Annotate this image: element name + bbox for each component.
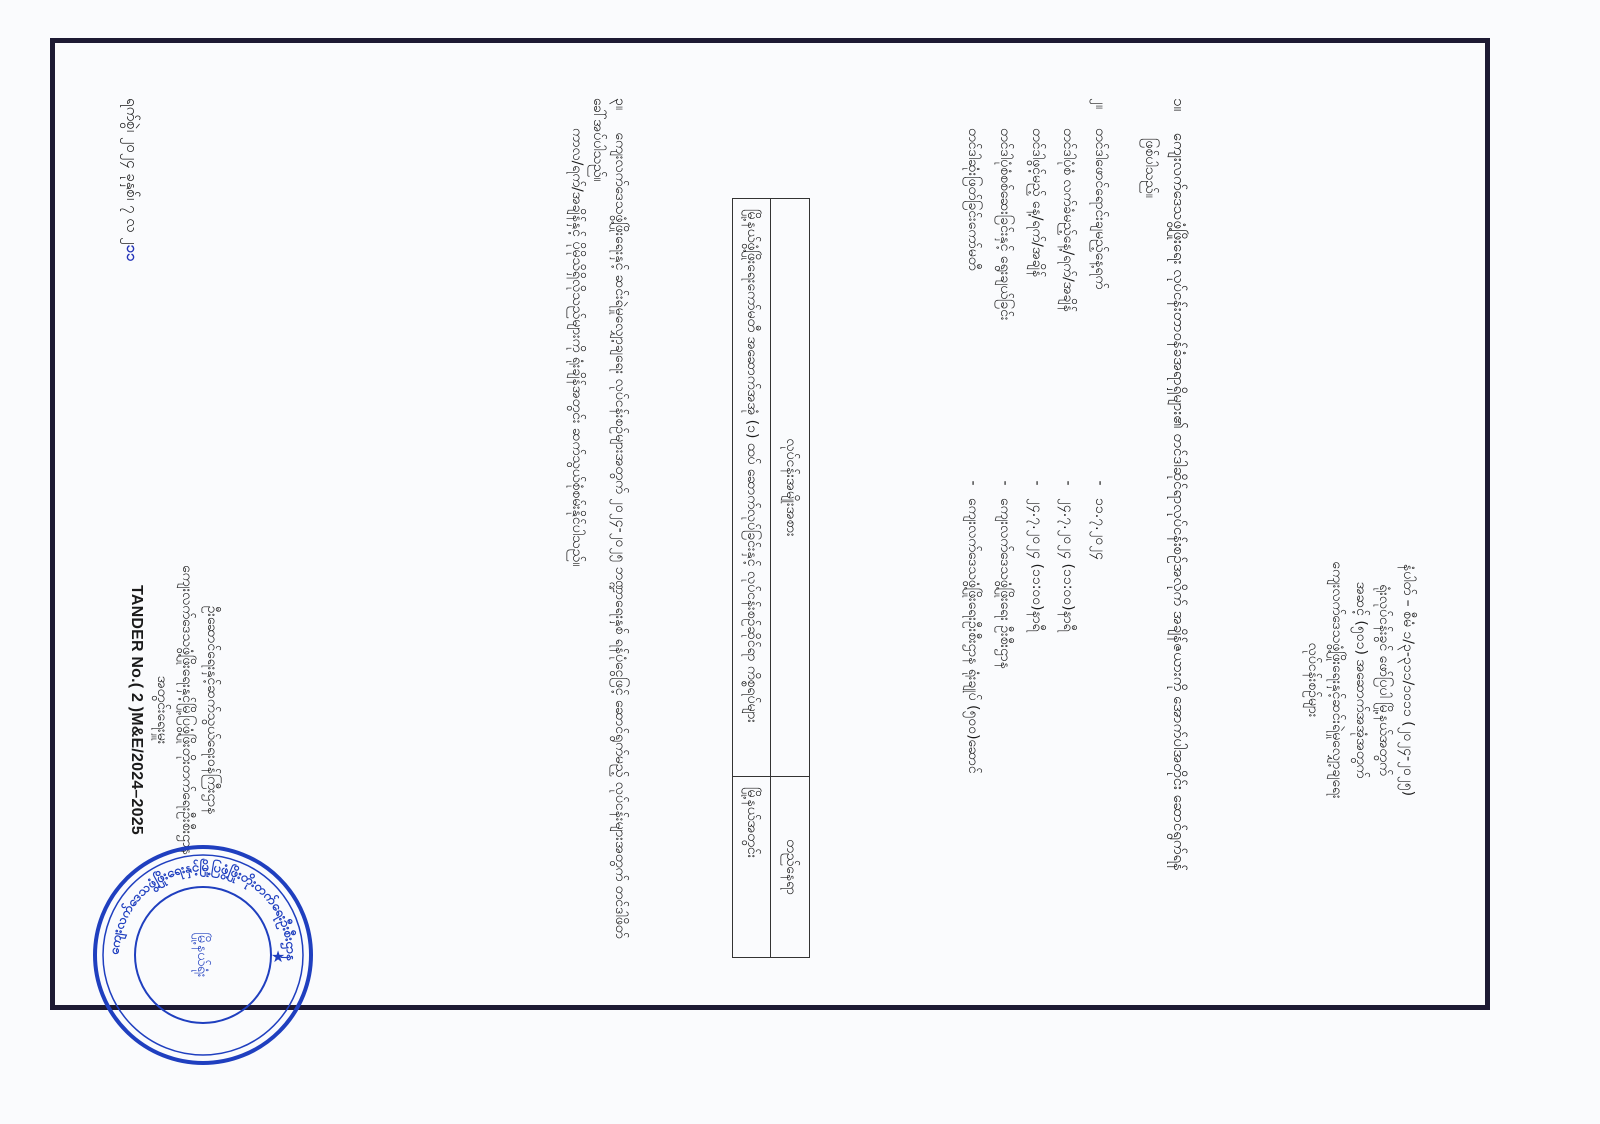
section-1: ၁။ ကျေးလက်ဒေသဖွံ့ဖြိုးရေး လုပ်ငန်းတာဝန်ခ…	[1167, 98, 1190, 950]
reference-line-3: အဆင့် (၅၀၁) အဆောက်အအုံအတွက်	[1349, 420, 1371, 940]
schedule-dash: -	[1088, 468, 1110, 498]
schedule-dash: -	[962, 468, 984, 498]
schedule-dash: -	[1057, 468, 1079, 498]
schedule-value: ၂၄.၇.၂၀၂၄ (၁၁:၀၀)နာရီ	[1025, 498, 1047, 948]
schedule-label: တင်ဒါဖောင်ရောင်းချမည့်နေ့ရက်	[1088, 128, 1110, 468]
date-value: ၂၀၂၄ ခုနှစ်၊ ၇ လ ၂	[123, 137, 141, 245]
schedule-value: ၁၁.၇.၂၀၂၄	[1088, 498, 1110, 948]
section-1-text: ကျေးလက်ဒေသဖွံ့ဖြိုးရေး လုပ်ငန်းတာဝန်ခံအရ…	[1170, 133, 1188, 871]
table-cell-work-type: မြို့နယ်ဖွံ့ဖြိုးရေးကော်မတီ အဆောက်အအုံ (…	[732, 199, 771, 777]
schedule-dash: -	[993, 468, 1015, 498]
schedule-label: တင်ဒါပုံစံ လက်ခံမည့်နေ့/ရက်/အချိန်	[1057, 128, 1079, 468]
schedule-row: တင်ဒါပုံစံစစ်ဆေးခြင်းနှင့် ရွေးချယ်ခြင်း…	[993, 128, 1015, 948]
schedule-label: တင်ဒါဖွင့်မည့် နေ့/ရက်/အချိန်	[1025, 128, 1047, 468]
reference-line-4: ကျေးလက်ဒေသဖွံ့ဖြိုးရေးနှင့်ဆင်းရဲမှုလျှေ…	[1325, 420, 1347, 940]
schedule-row: တင်ဒါဆုံးဖြတ်ခြင်းကော်မတီ - ကျေးလက်ဒေသဖွ…	[962, 128, 984, 948]
schedule-value: ၂၄.၇.၂၀၂၄ (၁၁:၀၀)နာရီ	[1057, 498, 1079, 948]
section-3-number: ၃။	[608, 98, 630, 128]
schedule-row: တင်ဒါပုံစံ လက်ခံမည့်နေ့/ရက်/အချိန် - ၂၄.…	[1057, 128, 1079, 948]
reference-line-1: နံပါတ် – စီမံ ၁/၃-၃၁၁/၁၀၁၁ (၂၀၂၄-၂၀၂၅)	[1396, 420, 1418, 940]
section-1-number: ၁။	[1167, 98, 1190, 128]
section-3-text: ကျေးလက်ဒေသဖွံ့ဖြိုးရေးနှင့် ဆင်းရဲမှုလျှ…	[590, 98, 628, 938]
reference-line-2: ရုံးလုပ်ငန်းခွင် ဖော်ပြပါ မြို့နယ်အတွက်	[1373, 420, 1395, 940]
official-stamp-icon: ကျေးလက်ဒေသဖွံ့ဖြိုးရေးနှင့်မြို့ပြဖွံ့ဖြ…	[88, 840, 318, 1070]
section-1-tail: ဖြစ်ပါသည်။	[1138, 138, 1160, 198]
reference-block: နံပါတ် – စီမံ ၁/၃-၃၁၁/၁၀၁၁ (၂၀၂၄-၂၀၂၅) ရ…	[1300, 420, 1420, 940]
table-cell-location: မြို့နယ်အတွင်း	[732, 777, 771, 958]
schedule-value: ကျေးလက်ဒေသဖွံ့ဖြိုးရေး ဦးစီးဌာန	[993, 498, 1015, 948]
schedule-row: တင်ဒါဖွင့်မည့် နေ့/ရက်/အချိန် - ၂၄.၇.၂၀၂…	[1025, 128, 1047, 948]
section-3-text-2: ကာလ/ရက်/အချိန်နှင့် ပိုမိုသိရှိလိုသည်မျာ…	[565, 98, 587, 950]
schedule-row: တင်ဒါဖောင်ရောင်းချမည့်နေ့ရက် - ၁၁.၇.၂၀၂၄	[1088, 128, 1110, 948]
stamp-inner-text: မြို့နယ်ရုံး	[192, 933, 211, 978]
table-header-work-type: လုပ်ငန်းအမျိုးအစား	[771, 199, 810, 777]
section-2: ၂။ တင်ဒါဖောင်ရောင်းချမည့်နေ့ရက် - ၁၁.၇.၂…	[952, 128, 1110, 948]
schedule-label: တင်ဒါပုံစံစစ်ဆေးခြင်းနှင့် ရွေးချယ်ခြင်း	[993, 128, 1015, 468]
table-row: မြို့နယ်ဖွံ့ဖြိုးရေးကော်မတီ အဆောက်အအုံ (…	[732, 199, 771, 958]
svg-text:★: ★	[271, 947, 285, 966]
schedule-label: တင်ဒါဆုံးဖြတ်ခြင်းကော်မတီ	[962, 128, 984, 468]
date-line: ရက်စွဲ၊ ၂၀၂၄ ခုနှစ်၊ ၇ လ ၂၁၁	[120, 98, 143, 261]
schedule-value: ကျေးလက်ဒေသဖွံ့ဖြိုးရေးဦးစီးဌာန ရုံးချုပ်…	[962, 498, 984, 948]
date-prefix: ရက်စွဲ၊	[123, 98, 141, 132]
table-header-row: လုပ်ငန်းအမျိုးအစား တည်နေရာ	[771, 199, 810, 958]
section-3: ၃။ ကျေးလက်ဒေသဖွံ့ဖြိုးရေးနှင့် ဆင်းရဲမှု…	[565, 98, 630, 950]
section-2-number: ၂။	[1088, 98, 1110, 109]
table-header-location: တည်နေရာ	[771, 777, 810, 958]
date-highlight: ၁၁	[123, 244, 141, 261]
work-table: လုပ်ငန်းအမျိုးအစား တည်နေရာ မြို့နယ်ဖွံ့ဖ…	[732, 198, 810, 958]
reference-line-5: လုပ်ငန်းစဉ်များ	[1302, 420, 1324, 940]
schedule-dash: -	[1025, 468, 1047, 498]
